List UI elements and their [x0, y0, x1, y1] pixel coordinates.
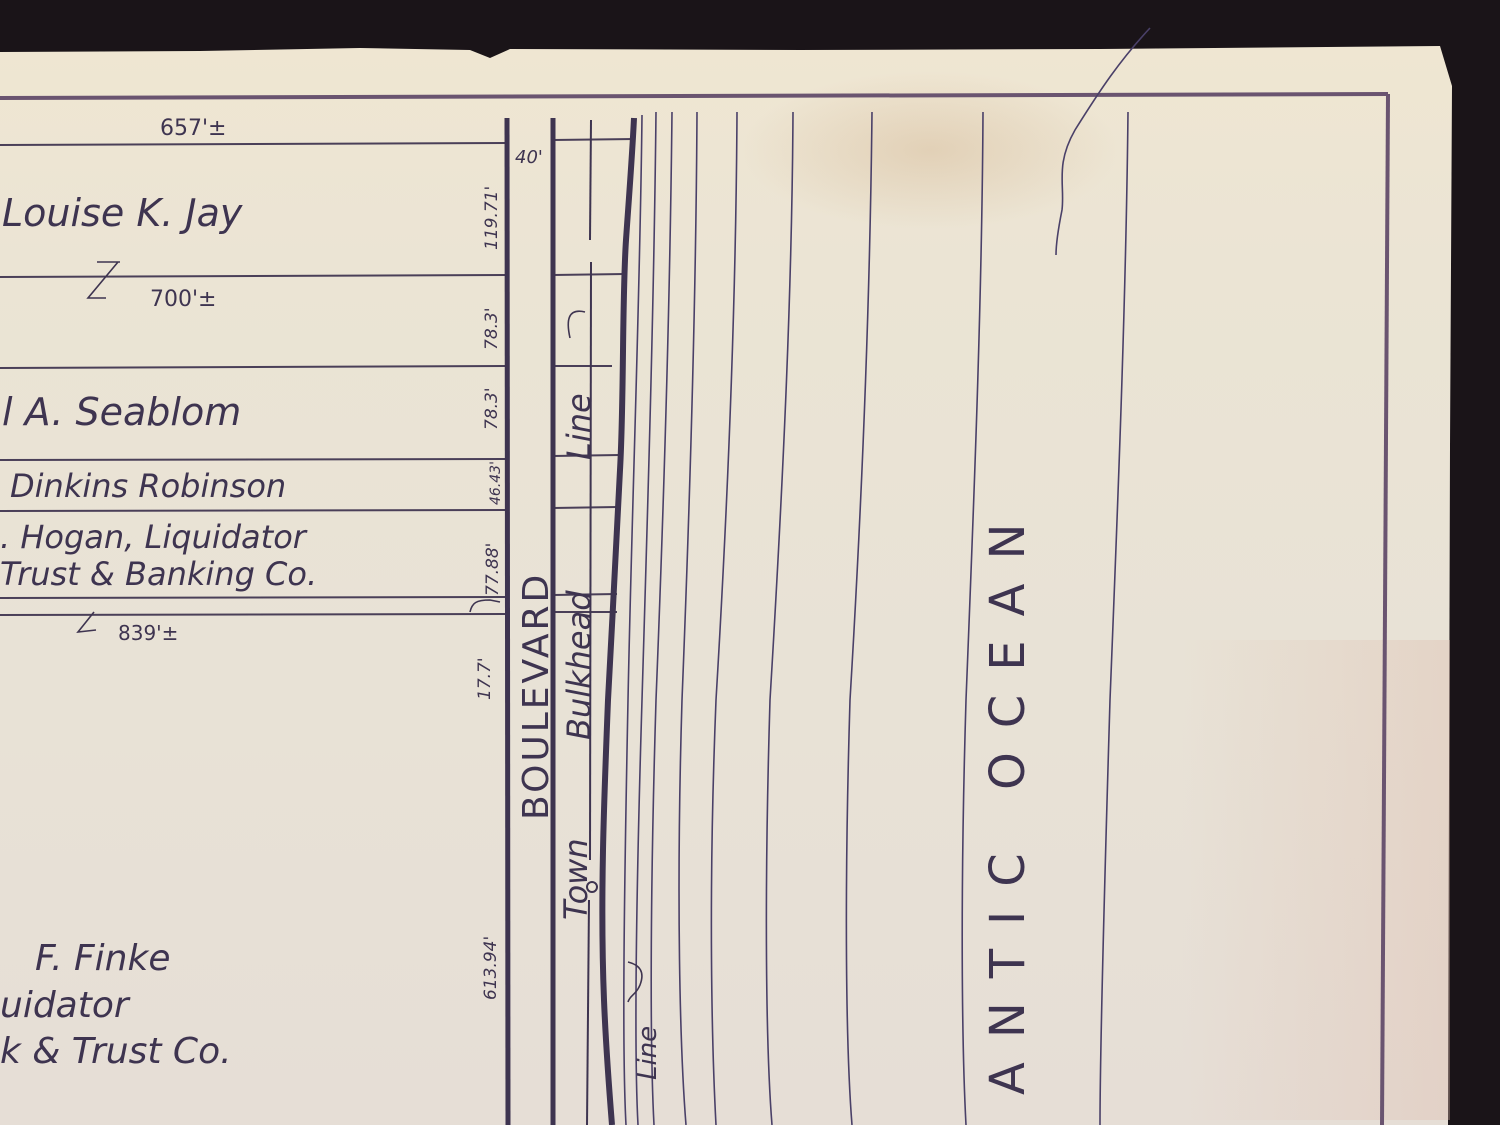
owner-hogan-bank: Trust & Banking Co.: [0, 555, 317, 593]
dimension-61394: 613.94': [481, 936, 501, 1000]
dimension-7788: 77.88': [483, 543, 503, 596]
owner-robinson: Dinkins Robinson: [10, 467, 286, 505]
bulkhead-label-bulkhead: Bulkhead: [560, 590, 598, 740]
dimension-783a: 78.3': [482, 307, 502, 350]
bulkhead-label-town: Town: [557, 838, 595, 920]
owner-seablom: l A. Seablom: [2, 390, 241, 434]
owner-hogan: . Hogan, Liquidator: [0, 518, 308, 556]
bulkhead-label-line: Line: [560, 393, 598, 460]
map-border: [0, 94, 1388, 1125]
dimension-4643: 46.43': [488, 461, 504, 505]
dimension-177: 17.7': [475, 657, 495, 700]
owner-jay: Louise K. Jay: [2, 191, 243, 235]
line-label-lower: Line: [633, 1026, 663, 1080]
boulevard-label: BOULEVARD: [516, 572, 557, 820]
survey-plat: 657'± 700'± 839'± 40' Louise K. Jay l A.…: [0, 0, 1500, 1125]
ocean-label: ANTIC OCEAN: [980, 500, 1036, 1095]
dimension-657: 657'±: [160, 116, 226, 141]
dimension-11971: 119.71': [482, 186, 502, 250]
owner-finke-bank: k & Trust Co.: [0, 1031, 232, 1072]
dimension-700: 700'±: [150, 287, 216, 312]
road-width: 40': [515, 147, 543, 168]
shoreline-contours: [624, 28, 1150, 1125]
dimension-783b: 78.3': [482, 387, 502, 430]
owner-finke-liquidator: uidator: [0, 985, 131, 1026]
owner-finke: F. Finke: [35, 938, 170, 979]
dimension-839: 839'±: [118, 621, 178, 645]
